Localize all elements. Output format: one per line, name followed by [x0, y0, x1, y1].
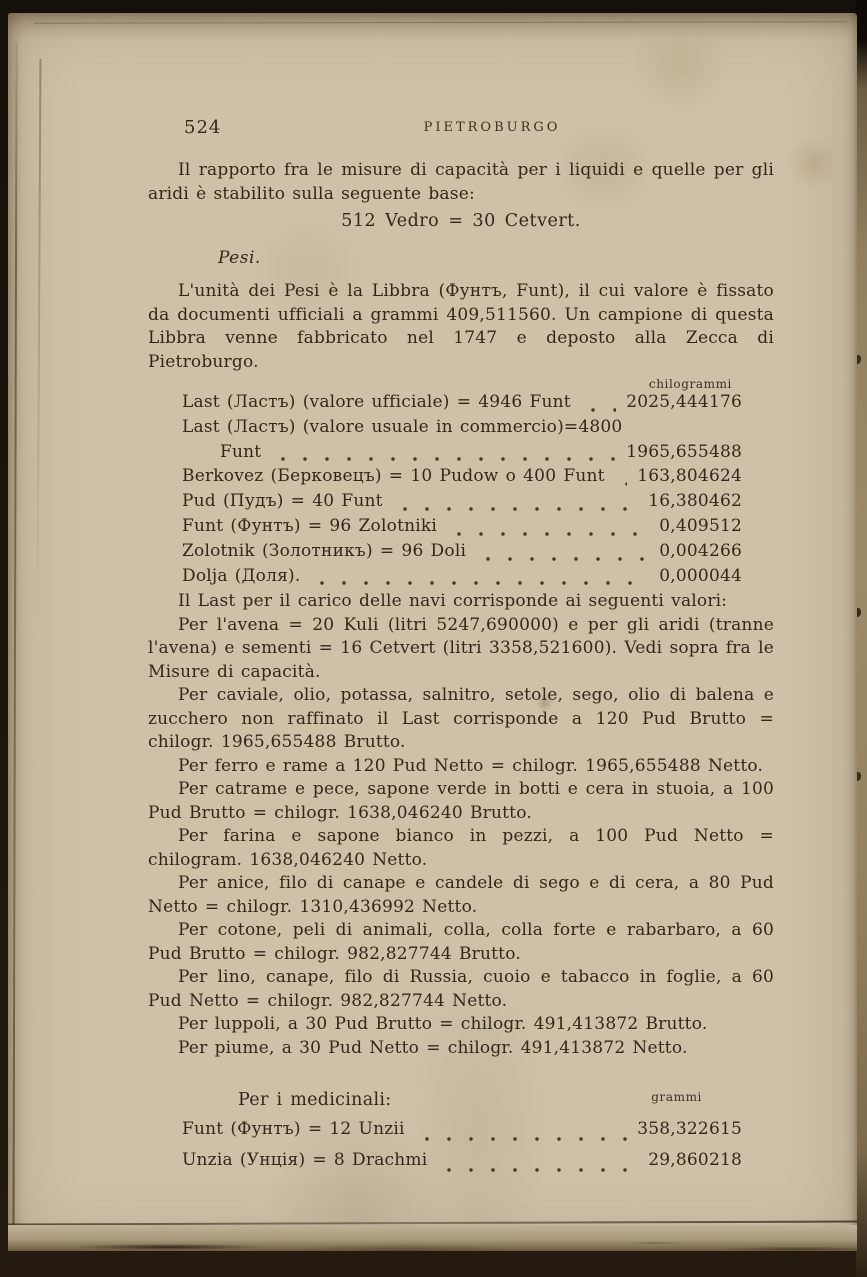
medicinali-header: Per i medicinali: grammi: [148, 1090, 774, 1116]
book-page: 524 PIETROBURGO Il rapporto fra le misur…: [8, 13, 857, 1251]
leader-dots: [449, 523, 649, 540]
row-value: 0,004266: [659, 541, 742, 561]
top-crease: [34, 21, 847, 23]
leader-dots: [617, 473, 628, 490]
row-value: 2025,444176: [626, 392, 742, 412]
binding-crease: [37, 59, 42, 619]
leader-dots: [583, 399, 616, 416]
row-label: Unzia (Унція) = 8 Drachmi: [182, 1150, 427, 1170]
leader-dots: [478, 548, 649, 565]
row-label: Last (Ластъ) (valore usuale in commercio…: [182, 417, 622, 437]
row-value: 29,860218: [648, 1150, 742, 1170]
medicinali-table: Funt (Фунтъ) = 12 Unzii 358,322615 Unzia…: [148, 1119, 774, 1178]
table-row: Funt 1965,655488: [148, 442, 774, 467]
last-paragraph: Per anice, filo di canape e candele di s…: [148, 872, 774, 919]
table-row: Last (Ластъ) (valore usuale in commercio…: [148, 417, 774, 442]
last-paragraph: Per luppoli, a 30 Pud Brutto = chilogr. …: [148, 1013, 774, 1037]
leader-dots: [439, 1159, 638, 1176]
leader-dots: [417, 1128, 628, 1145]
unit-label-grammi: grammi: [651, 1090, 774, 1104]
intro-paragraph: Il rapporto fra le misure di capacità pe…: [148, 159, 774, 206]
table-row: Zolotnik (Золотникъ) = 96 Doli 0,004266: [148, 541, 774, 566]
last-paragraph: Per l'avena = 20 Kuli (litri 5247,690000…: [148, 614, 774, 685]
row-value: 1965,655488: [626, 442, 742, 462]
table-row: Last (Ластъ) (valore ufficiale) = 4946 F…: [148, 392, 774, 417]
row-label: Pud (Пудъ) = 40 Funt: [182, 491, 383, 511]
leader-dots: [312, 572, 649, 589]
table-row: Berkovez (Берковецъ) = 10 Pudow o 400 Fu…: [148, 466, 774, 491]
row-label: Zolotnik (Золотникъ) = 96 Doli: [182, 541, 466, 561]
unit-label-chilogrammi: chilogrammi: [148, 377, 774, 391]
last-paragraph: Per farina e sapone bianco in pezzi, a 1…: [148, 825, 774, 872]
table-row: Dolja (Доля). 0,000044: [148, 566, 774, 591]
row-label: Funt (Фунтъ) = 96 Zolotniki: [182, 516, 437, 536]
page-stack-bottom: [8, 1225, 857, 1251]
book-scan: 524 PIETROBURGO Il rapporto fra le misur…: [0, 0, 867, 1277]
leader-dots: [634, 424, 732, 441]
row-value: 0,000044: [659, 566, 742, 586]
page-stack-right-edge: [856, 0, 867, 1277]
pesi-paragraph: L'unità dei Pesi è la Libbra (Фунтъ, Fun…: [148, 280, 774, 374]
section-heading-pesi: Pesi.: [148, 248, 774, 268]
table-row: Pud (Пудъ) = 40 Funt 16,380462: [148, 491, 774, 516]
row-label: Funt (Фунтъ) = 12 Unzii: [182, 1119, 405, 1139]
page-content: 524 PIETROBURGO Il rapporto fra le misur…: [148, 117, 774, 1178]
row-value: 358,322615: [637, 1119, 742, 1139]
leader-dots: [395, 498, 639, 515]
conversion-equation: 512 Vedro = 30 Cetvert.: [148, 211, 774, 231]
last-paragraph: Per lino, canape, filo di Russia, cuoio …: [148, 966, 774, 1013]
page-header: 524 PIETROBURGO: [148, 117, 774, 143]
row-value: 163,804624: [637, 466, 742, 486]
medicinali-heading: Per i medicinali:: [148, 1090, 391, 1110]
table-row: Funt (Фунтъ) = 96 Zolotniki 0,409512: [148, 516, 774, 541]
row-label: Last (Ластъ) (valore ufficiale) = 4946 F…: [182, 392, 571, 412]
leader-dots: [273, 448, 616, 465]
last-paragraph: Per cotone, peli di animali, colla, coll…: [148, 919, 774, 966]
last-intro: Il Last per il carico delle navi corrisp…: [148, 590, 774, 614]
row-label: Dolja (Доля).: [182, 566, 300, 586]
last-paragraph: Per catrame e pece, sapone verde in bott…: [148, 778, 774, 825]
last-paragraph: Per ferro e rame a 120 Pud Netto = chilo…: [148, 755, 774, 779]
table-row: Funt (Фунтъ) = 12 Unzii 358,322615: [148, 1119, 774, 1147]
row-value: 16,380462: [648, 491, 742, 511]
last-paragraph: Per caviale, olio, potassa, salnitro, se…: [148, 684, 774, 755]
binding-crease: [12, 43, 17, 1247]
last-paragraph: Per piume, a 30 Pud Netto = chilogr. 491…: [148, 1037, 774, 1061]
running-title: PIETROBURGO: [148, 120, 774, 135]
row-value: 0,409512: [659, 516, 742, 536]
table-row: Unzia (Унція) = 8 Drachmi 29,860218: [148, 1150, 774, 1178]
weights-table: Last (Ластъ) (valore ufficiale) = 4946 F…: [148, 392, 774, 590]
row-label: Berkovez (Берковецъ) = 10 Pudow o 400 Fu…: [182, 466, 605, 486]
row-label: Funt: [220, 442, 261, 462]
